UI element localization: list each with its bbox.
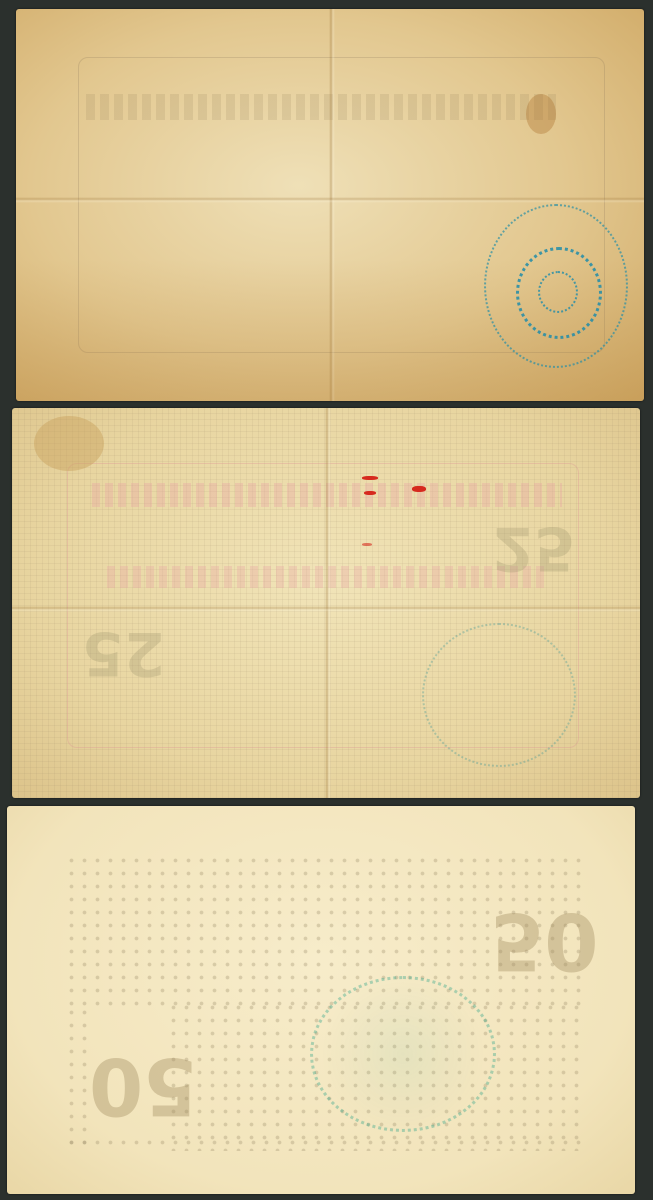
mirrored-pink-text-row — [92, 483, 562, 507]
mirrored-numeral: 50 — [89, 1046, 198, 1124]
faint-green-stamp — [310, 976, 496, 1132]
mirrored-text-band — [86, 94, 556, 120]
banknote-bottom: 50 50 — [7, 806, 635, 1194]
mirrored-numeral: 50 — [490, 901, 599, 979]
mirrored-numeral: 25 — [492, 518, 576, 578]
red-mark — [362, 476, 378, 480]
mirrored-numeral: 25 — [82, 623, 166, 683]
star-pattern-left-column — [65, 1006, 87, 1146]
star-pattern-bottom-row — [65, 1136, 585, 1150]
mirrored-pink-text-row — [107, 566, 547, 588]
red-mark — [362, 543, 372, 546]
red-mark — [412, 486, 426, 492]
banknote-top — [16, 9, 644, 401]
banknote-middle: 25 25 — [12, 408, 640, 798]
stamp-center — [538, 271, 578, 313]
faint-blue-stamp — [422, 623, 576, 767]
red-mark — [364, 491, 376, 495]
